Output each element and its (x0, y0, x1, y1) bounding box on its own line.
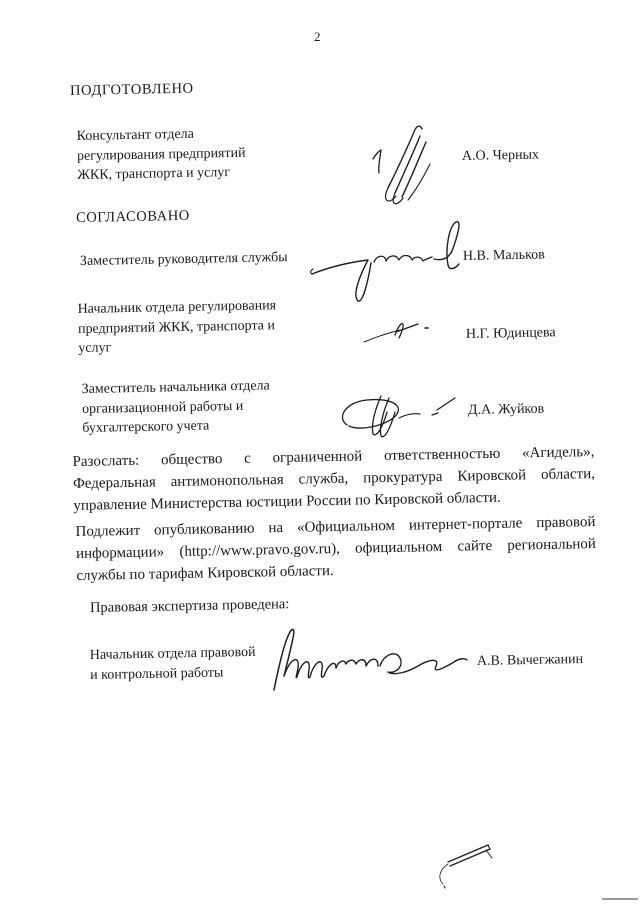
scan-artifact-line (602, 898, 638, 900)
agreed-signer-3-name: Д.А. Жуйков (468, 402, 545, 419)
signature-malkov-icon (308, 213, 478, 308)
signature-zhuykov-icon (333, 390, 468, 448)
distribution-paragraph: Разослать:обществосограниченнойответстве… (72, 441, 595, 517)
agreed-signer-1-title: Заместитель руководителя службы (80, 247, 340, 271)
pen-mark-icon (436, 838, 508, 890)
signature-yudintseva-icon (362, 316, 447, 346)
agreed-signer-2-name: Н.Г. Юдинцева (466, 325, 556, 343)
agreed-signer-2-title: Начальник отдела регулирования предприят… (77, 295, 328, 358)
legal-signer-name: А.В. Вычегжанин (477, 652, 583, 670)
document-page: 2 ПОДГОТОВЛЕНО Консультант отдела регули… (0, 0, 640, 905)
legal-review-heading: Правовая экспертиза проведена: (90, 596, 290, 617)
prepared-signer-name: А.О. Черных (462, 148, 539, 165)
agreed-signer-3-title: Заместитель начальника отдела организаци… (81, 375, 332, 438)
publication-paragraph: Подлежитопубликованиюна«Официальноминтер… (75, 511, 596, 587)
signature-vychegzhanin-icon (266, 626, 471, 694)
agreed-heading: СОГЛАСОВАНО (76, 208, 190, 227)
signature-chernykh-icon (368, 118, 440, 210)
agreed-signer-1-name: Н.В. Мальков (463, 247, 545, 265)
prepared-signer-title: Консультант отдела регулирования предпри… (76, 122, 327, 185)
page-number: 2 (314, 29, 321, 45)
prepared-heading: ПОДГОТОВЛЕНО (70, 81, 194, 100)
